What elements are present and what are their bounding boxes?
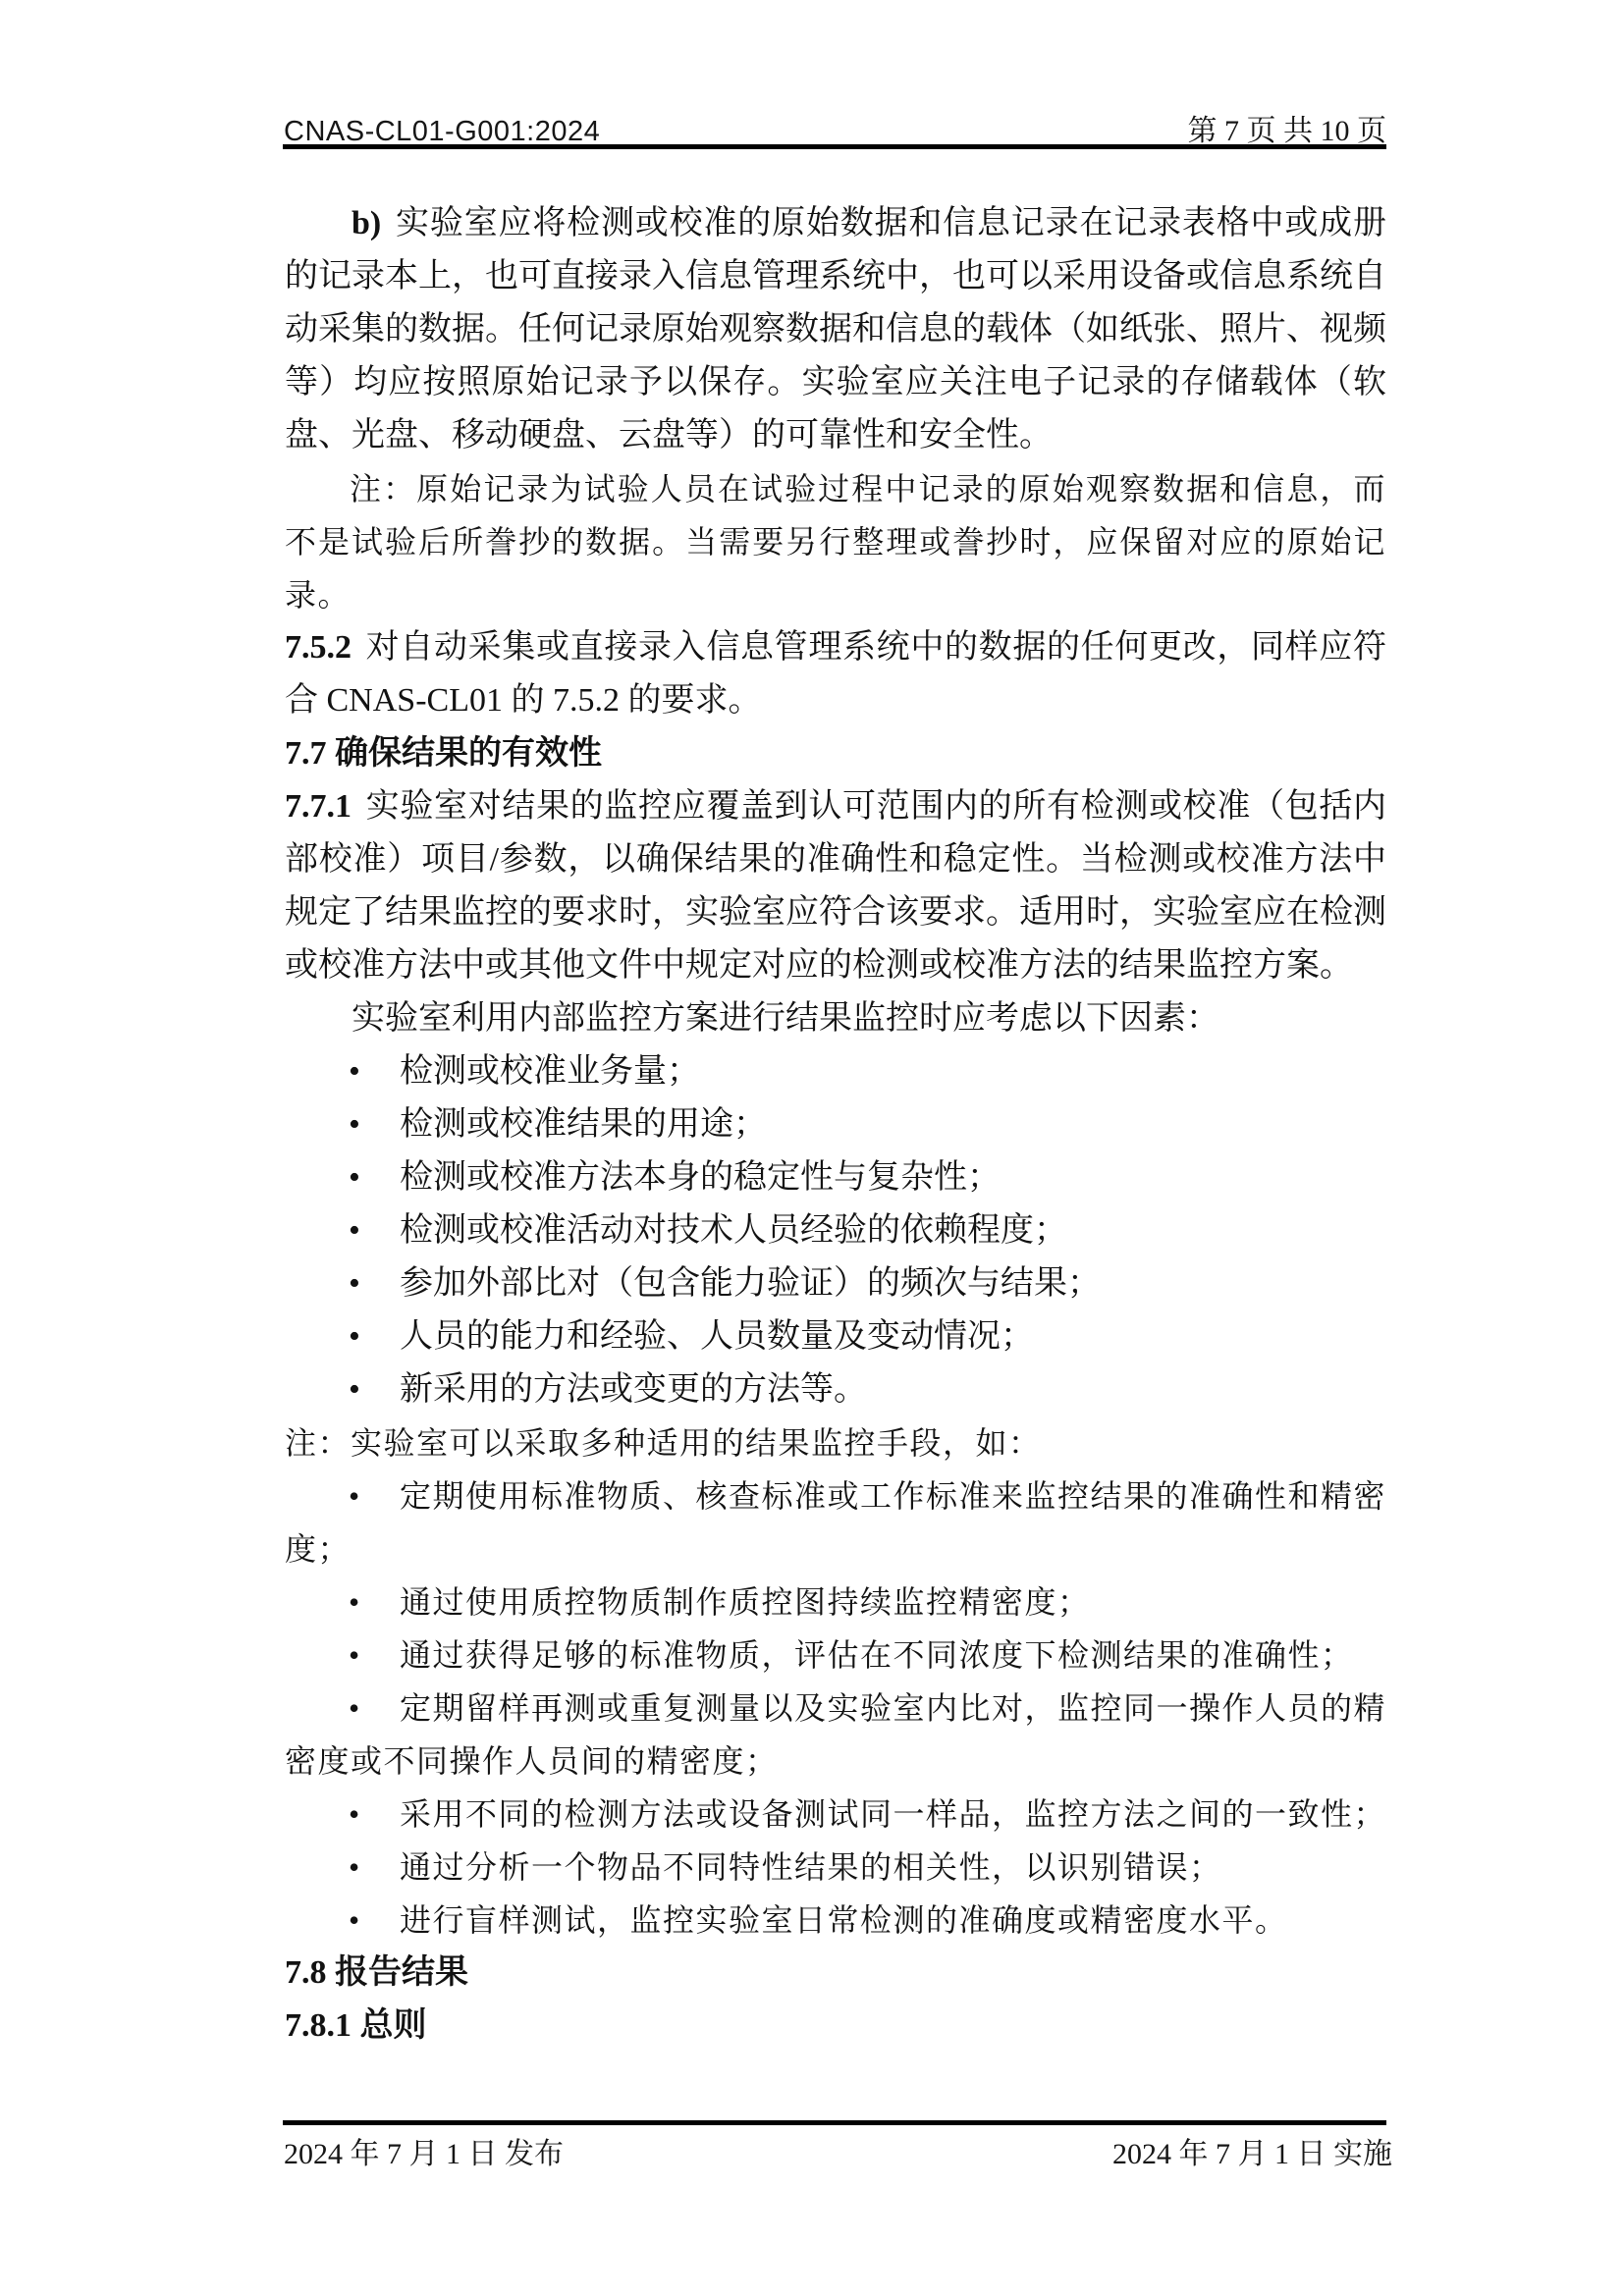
bullet-icon: • — [349, 1098, 400, 1151]
bullet-icon: • — [349, 1629, 400, 1682]
factor-list-item: •检测或校准方法本身的稳定性与复杂性； — [285, 1151, 1386, 1204]
note-list-item: •通过使用质控物质制作质控图持续监控精密度； — [285, 1575, 1386, 1629]
footer-rule — [283, 2120, 1386, 2125]
note-item-text: 进行盲样测试，监控实验室日常检测的准确度或精密度水平。 — [400, 1902, 1288, 1938]
release-date: 2024 年 7 月 1 日 发布 — [284, 2129, 564, 2172]
clause-7-5-2-label: 7.5.2 — [285, 629, 352, 666]
note-list-item: •通过获得足够的标准物质，评估在不同浓度下检测结果的准确性； — [285, 1629, 1386, 1682]
factor-text: 检测或校准结果的用途； — [400, 1106, 767, 1143]
note-original-records: 注：原始记录为试验人员在试验过程中记录的原始观察数据和信息，而不是试验后所誊抄的… — [285, 462, 1386, 621]
bullet-icon: • — [349, 1257, 400, 1310]
clause-7-7-1-label: 7.7.1 — [285, 788, 352, 825]
factor-text: 新采用的方法或变更的方法等。 — [400, 1371, 867, 1408]
header-rule — [283, 144, 1386, 149]
bullet-icon: • — [349, 1841, 400, 1894]
note-monitoring-means: 注：实验室可以采取多种适用的结果监控手段，如： — [285, 1416, 1386, 1469]
note-item-text: 定期使用标准物质、核查标准或工作标准来监控结果的准确性和精密度； — [285, 1478, 1386, 1567]
factor-list-item: •检测或校准结果的用途； — [285, 1098, 1386, 1151]
note-item-text: 通过使用质控物质制作质控图持续监控精密度； — [400, 1584, 1091, 1620]
note-item-text: 定期留样再测或重复测量以及实验室内比对，监控同一操作人员的精密度或不同操作人员间… — [285, 1690, 1386, 1779]
item-b-label: b) — [352, 205, 381, 241]
bullet-icon: • — [349, 1045, 400, 1098]
page-footer: 2024 年 7 月 1 日 发布 2024 年 7 月 1 日 实施 — [284, 2129, 1392, 2172]
factor-list-item: •检测或校准活动对技术人员经验的依赖程度； — [285, 1204, 1386, 1257]
factor-text: 参加外部比对（包含能力验证）的频次与结果； — [400, 1265, 1101, 1302]
item-b-text: 实验室应将检测或校准的原始数据和信息记录在记录表格中或成册的记录本上，也可直接录… — [285, 205, 1386, 454]
factor-text: 检测或校准方法本身的稳定性与复杂性； — [400, 1159, 1001, 1196]
paragraph-item-b: b)实验室应将检测或校准的原始数据和信息记录在记录表格中或成册的记录本上，也可直… — [285, 197, 1386, 462]
bullet-icon: • — [349, 1575, 400, 1629]
note-list-item: •进行盲样测试，监控实验室日常检测的准确度或精密度水平。 — [285, 1894, 1386, 1947]
factor-list-item: •人员的能力和经验、人员数量及变动情况； — [285, 1310, 1386, 1363]
note-list-item: •采用不同的检测方法或设备测试同一样品，监控方法之间的一致性； — [285, 1788, 1386, 1841]
factor-list-item: •检测或校准业务量； — [285, 1045, 1386, 1098]
note-item-text: 采用不同的检测方法或设备测试同一样品，监控方法之间的一致性； — [400, 1796, 1386, 1832]
document-page: CNAS-CL01-G001:2024 第 7 页 共 10 页 b)实验室应将… — [0, 0, 1624, 2296]
implement-date: 2024 年 7 月 1 日 实施 — [1112, 2129, 1392, 2172]
clause-7-7-1-text: 实验室对结果的监控应覆盖到认可范围内的所有检测或校准（包括内部校准）项目/参数，… — [285, 788, 1386, 984]
paragraph-7-7-1: 7.7.1实验室对结果的监控应覆盖到认可范围内的所有检测或校准（包括内部校准）项… — [285, 780, 1386, 992]
factor-text: 检测或校准活动对技术人员经验的依赖程度； — [400, 1212, 1067, 1249]
factor-text: 检测或校准业务量； — [400, 1053, 700, 1090]
bullet-icon: • — [349, 1894, 400, 1947]
document-body: b)实验室应将检测或校准的原始数据和信息记录在记录表格中或成册的记录本上，也可直… — [285, 197, 1386, 2053]
factor-list-item: •参加外部比对（包含能力验证）的频次与结果； — [285, 1257, 1386, 1310]
page-header: CNAS-CL01-G001:2024 第 7 页 共 10 页 — [284, 106, 1386, 149]
bullet-icon: • — [349, 1204, 400, 1257]
bullet-icon: • — [349, 1363, 400, 1416]
clause-7-5-2-text: 对自动采集或直接录入信息管理系统中的数据的任何更改，同样应符合 CNAS-CL0… — [285, 629, 1386, 719]
note-list-item: •定期使用标准物质、核查标准或工作标准来监控结果的准确性和精密度； — [285, 1469, 1386, 1575]
bullet-icon: • — [349, 1310, 400, 1363]
heading-7-8-1: 7.8.1 总则 — [285, 2000, 1386, 2053]
bullet-icon: • — [349, 1469, 400, 1522]
bullet-icon: • — [349, 1151, 400, 1204]
note-item-text: 通过获得足够的标准物质，评估在不同浓度下检测结果的准确性； — [400, 1637, 1354, 1673]
factor-list-item: •新采用的方法或变更的方法等。 — [285, 1363, 1386, 1416]
page-number-indicator: 第 7 页 共 10 页 — [1188, 106, 1387, 149]
factors-intro: 实验室利用内部监控方案进行结果监控时应考虑以下因素： — [285, 992, 1386, 1045]
heading-7-7: 7.7 确保结果的有效性 — [285, 727, 1386, 780]
heading-7-8: 7.8 报告结果 — [285, 1947, 1386, 2000]
note-list-item: •通过分析一个物品不同特性结果的相关性，以识别错误； — [285, 1841, 1386, 1894]
paragraph-7-5-2: 7.5.2对自动采集或直接录入信息管理系统中的数据的任何更改，同样应符合 CNA… — [285, 621, 1386, 727]
note-item-text: 通过分析一个物品不同特性结果的相关性，以识别错误； — [400, 1849, 1222, 1885]
bullet-icon: • — [349, 1788, 400, 1841]
bullet-icon: • — [349, 1682, 400, 1735]
note-list-item: •定期留样再测或重复测量以及实验室内比对，监控同一操作人员的精密度或不同操作人员… — [285, 1682, 1386, 1788]
factor-text: 人员的能力和经验、人员数量及变动情况； — [400, 1318, 1034, 1355]
